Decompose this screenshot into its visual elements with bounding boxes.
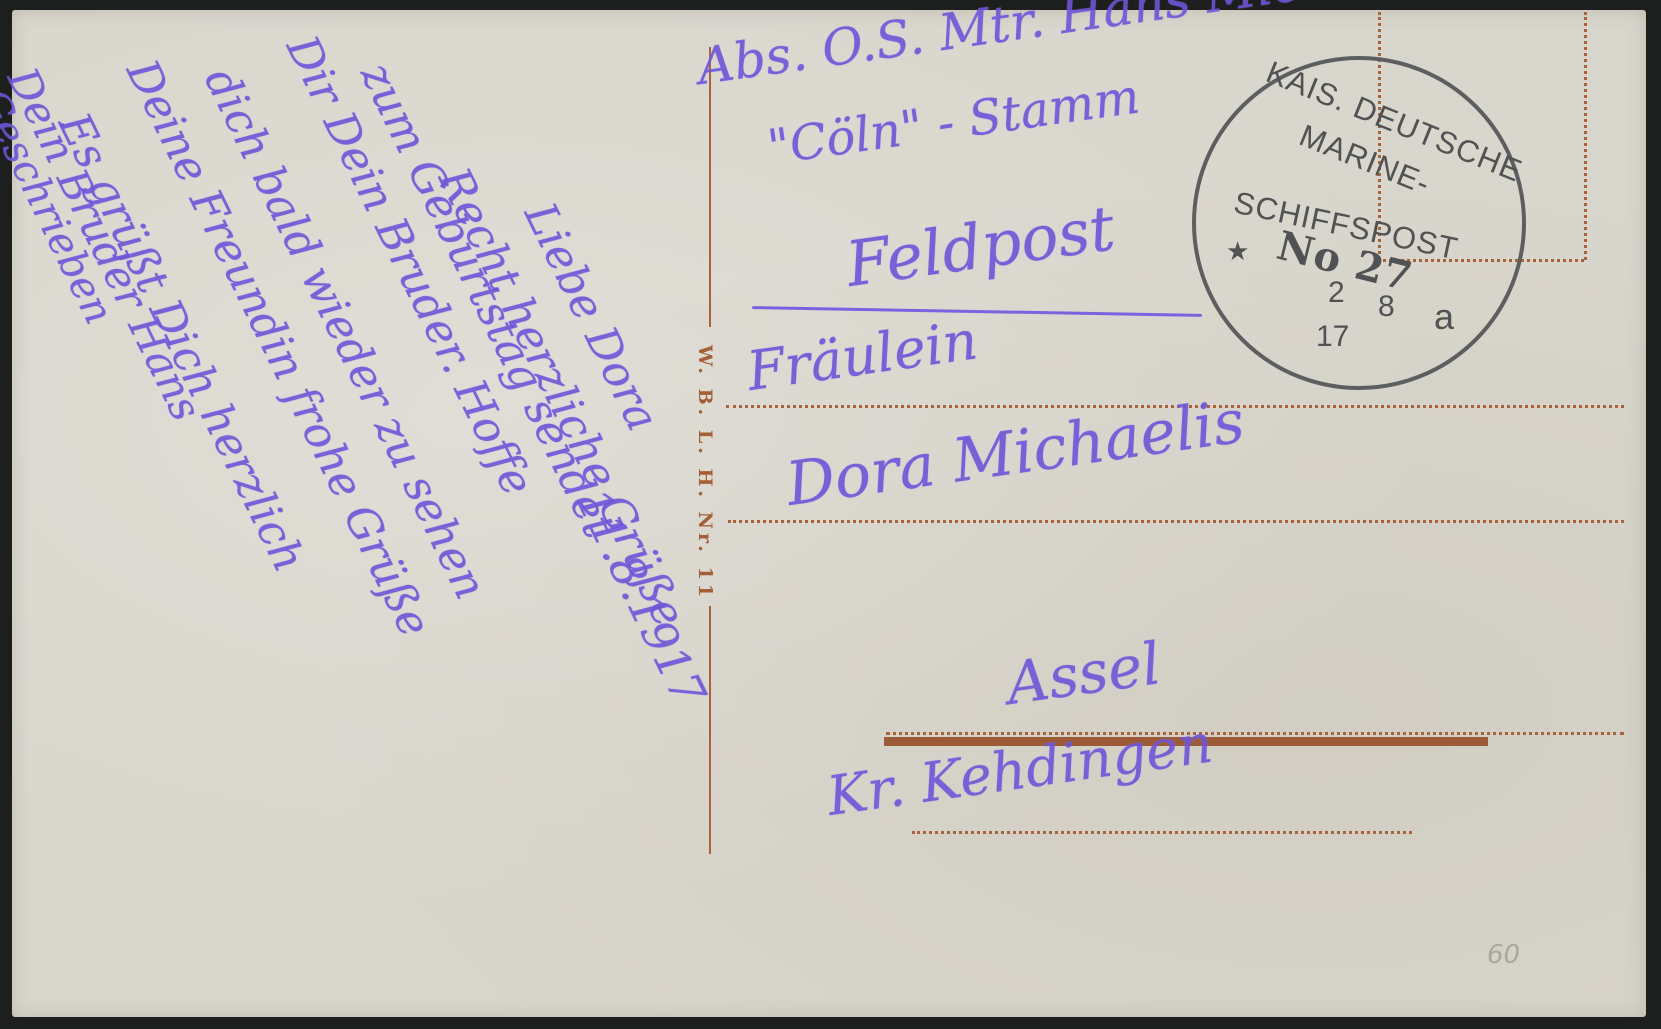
postmark-slot: a	[1434, 296, 1454, 338]
postmark-month: 8	[1378, 290, 1395, 324]
postmark-circle: KAIS. DEUTSCHE MARINE- SCHIFFSPOST No 27…	[1192, 56, 1526, 390]
address-line-4	[912, 831, 1412, 834]
publisher-imprint: W. B. L. H. Nr. 11	[692, 345, 716, 585]
pencil-note: 60	[1487, 940, 1520, 970]
recipient-district: Kr. Kehdingen	[823, 712, 1216, 828]
sender-line-2: "Cöln" - Stamm	[764, 68, 1143, 176]
address-line-2	[728, 520, 1624, 523]
postmark-day: 2	[1328, 276, 1345, 310]
star-icon: ★	[1226, 236, 1249, 267]
postcard: W. B. L. H. Nr. 11 KAIS. DEUTSCHE MARINE…	[12, 10, 1646, 1017]
feldpost-underline	[752, 306, 1202, 317]
stamp-box-right-border	[1584, 12, 1587, 260]
address-line-3	[886, 732, 1624, 735]
service-feldpost: Feldpost	[842, 191, 1119, 301]
recipient-title: Fräulein	[743, 308, 981, 403]
recipient-town: Assel	[1003, 629, 1165, 718]
postmark-year: 17	[1316, 320, 1349, 354]
divider-line-bottom	[709, 606, 711, 854]
